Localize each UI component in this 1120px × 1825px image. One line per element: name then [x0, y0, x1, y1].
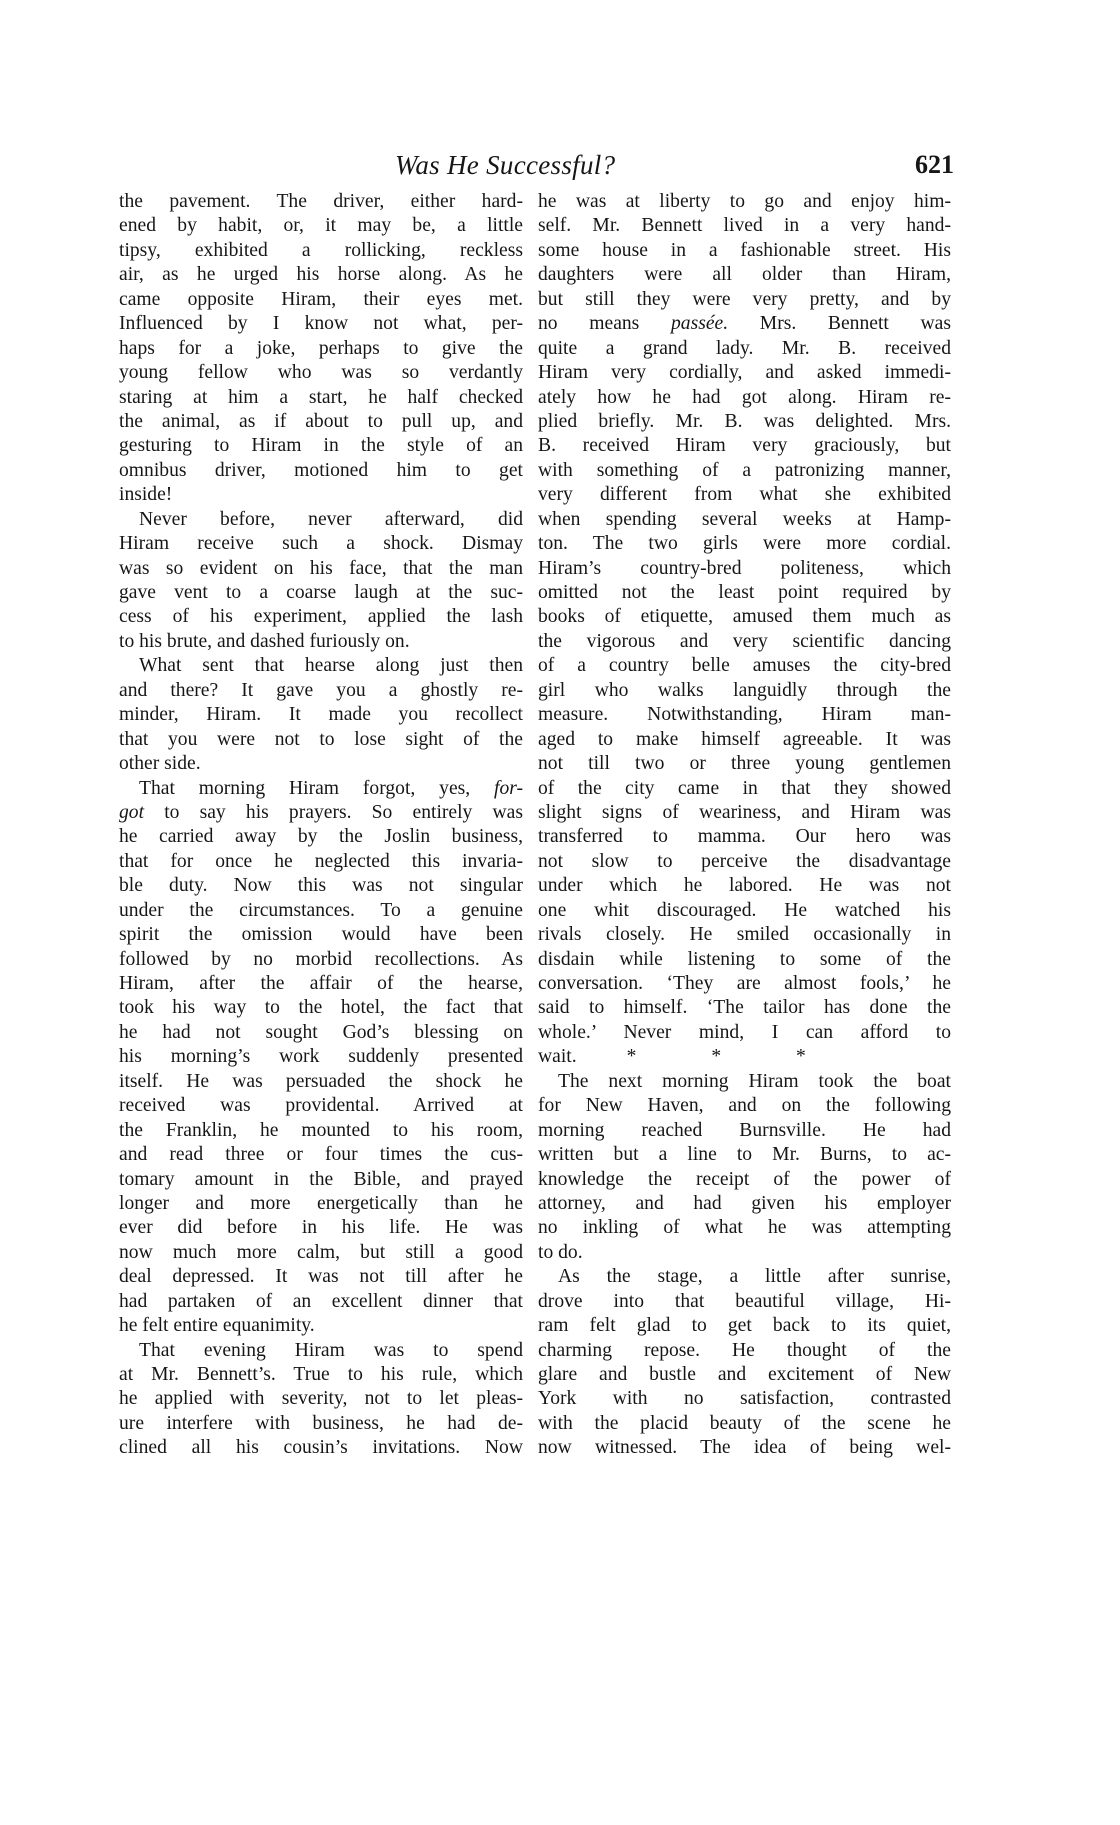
text-line: self. Mr. Bennett lived in a very hand- — [538, 214, 951, 238]
text-line: drove into that beautiful village, Hi- — [538, 1290, 951, 1314]
text-line: he was at liberty to go and enjoy him- — [538, 190, 951, 214]
text-line: Hiram, after the affair of the hearse, — [119, 972, 523, 996]
text-line: measure. Notwithstanding, Hiram man- — [538, 703, 951, 727]
text-line: he carried away by the Joslin business, — [119, 825, 523, 849]
text-line: but still they were very pretty, and by — [538, 288, 951, 312]
text-line: of a country belle amuses the city-bred — [538, 654, 951, 678]
text-line: said to himself. ‘The tailor has done th… — [538, 996, 951, 1020]
text-line: aged to make himself agreeable. It was — [538, 728, 951, 752]
text-line: he applied with severity, not to let ple… — [119, 1387, 523, 1411]
text-line: ately how he had got along. Hiram re- — [538, 386, 951, 410]
text-line: As the stage, a little after sunrise, — [538, 1265, 951, 1289]
text-line: under which he labored. He was not — [538, 874, 951, 898]
text-line: that for once he neglected this invaria- — [119, 850, 523, 874]
text-line: York with no satisfaction, contrasted — [538, 1387, 951, 1411]
text-line: under the circumstances. To a genuine — [119, 899, 523, 923]
text-line: itself. He was persuaded the shock he — [119, 1070, 523, 1094]
text-line: came opposite Hiram, their eyes met. — [119, 288, 523, 312]
text-line: B. received Hiram very graciously, but — [538, 434, 951, 458]
text-line: inside! — [119, 483, 523, 507]
text-line: quite a grand lady. Mr. B. received — [538, 337, 951, 361]
text-line: that you were not to lose sight of the — [119, 728, 523, 752]
text-line: daughters were all older than Hiram, — [538, 263, 951, 287]
text-line: when spending several weeks at Hamp- — [538, 508, 951, 532]
text-line: not till two or three young gentlemen — [538, 752, 951, 776]
text-line: gave vent to a coarse laugh at the suc- — [119, 581, 523, 605]
text-line: received was providental. Arrived at — [119, 1094, 523, 1118]
text-line: air, as he urged his horse along. As he — [119, 263, 523, 287]
text-line: for New Haven, and on the following — [538, 1094, 951, 1118]
text-line: Hiram’s country-bred politeness, which — [538, 557, 951, 581]
text-line: That morning Hiram forgot, yes, for- — [119, 777, 523, 801]
text-line: the Franklin, he mounted to his room, — [119, 1119, 523, 1143]
text-line: now much more calm, but still a good — [119, 1241, 523, 1265]
text-line: wait.* * * — [538, 1045, 951, 1069]
text-column-left: the pavement. The driver, either hard-en… — [119, 190, 523, 1461]
text-line: to his brute, and dashed furiously on. — [119, 630, 523, 654]
text-line: books of etiquette, amused them much as — [538, 605, 951, 629]
text-line: girl who walks languidly through the — [538, 679, 951, 703]
text-line: ton. The two girls were more cordial. — [538, 532, 951, 556]
text-line: ever did before in his life. He was — [119, 1216, 523, 1240]
text-line: rivals closely. He smiled occasionally i… — [538, 923, 951, 947]
text-line: no means passée. Mrs. Bennett was — [538, 312, 951, 336]
text-line: one whit discouraged. He watched his — [538, 899, 951, 923]
text-line: not slow to perceive the disadvantage — [538, 850, 951, 874]
text-line: haps for a joke, perhaps to give the — [119, 337, 523, 361]
text-line: he had not sought God’s blessing on — [119, 1021, 523, 1045]
text-line: his morning’s work suddenly presented — [119, 1045, 523, 1069]
text-line: omitted not the least point required by — [538, 581, 951, 605]
text-line: The next morning Hiram took the boat — [538, 1070, 951, 1094]
text-line: Hiram receive such a shock. Dismay — [119, 532, 523, 556]
text-line: very different from what she exhibited — [538, 483, 951, 507]
text-line: ble duty. Now this was not singular — [119, 874, 523, 898]
text-line: tomary amount in the Bible, and prayed — [119, 1168, 523, 1192]
text-column-right: he was at liberty to go and enjoy him-se… — [538, 190, 951, 1461]
text-line: That evening Hiram was to spend — [119, 1339, 523, 1363]
text-line: and read three or four times the cus- — [119, 1143, 523, 1167]
text-line: omnibus driver, motioned him to get — [119, 459, 523, 483]
italic-word: got — [119, 802, 144, 823]
text-line: conversation. ‘They are almost fools,’ h… — [538, 972, 951, 996]
text-line: some house in a fashionable street. His — [538, 239, 951, 263]
text-line: took his way to the hotel, the fact that — [119, 996, 523, 1020]
text-line: with the placid beauty of the scene he — [538, 1412, 951, 1436]
text-line: written but a line to Mr. Burns, to ac- — [538, 1143, 951, 1167]
text-line: longer and more energetically than he — [119, 1192, 523, 1216]
text-line: gesturing to Hiram in the style of an — [119, 434, 523, 458]
text-line: tipsy, exhibited a rollicking, reckless — [119, 239, 523, 263]
section-break-asterisks: * * * — [627, 1045, 806, 1069]
text-line: morning reached Burnsville. He had — [538, 1119, 951, 1143]
text-line: transferred to mamma. Our hero was — [538, 825, 951, 849]
text-line: the animal, as if about to pull up, and — [119, 410, 523, 434]
text-line: attorney, and had given his employer — [538, 1192, 951, 1216]
text-line: the vigorous and very scientific dancing — [538, 630, 951, 654]
text-line: Influenced by I know not what, per- — [119, 312, 523, 336]
text-line: glare and bustle and excitement of New — [538, 1363, 951, 1387]
text-line: ened by habit, or, it may be, a little — [119, 214, 523, 238]
text-line: at Mr. Bennett’s. True to his rule, whic… — [119, 1363, 523, 1387]
text-line: other side. — [119, 752, 523, 776]
text-line: Hiram very cordially, and asked immedi- — [538, 361, 951, 385]
text-line: knowledge the receipt of the power of — [538, 1168, 951, 1192]
text-line: clined all his cousin’s invitations. Now — [119, 1436, 523, 1460]
text-line: disdain while listening to some of the — [538, 948, 951, 972]
text-line: slight signs of weariness, and Hiram was — [538, 801, 951, 825]
italic-word: for- — [494, 778, 523, 799]
text-line: he felt entire equanimity. — [119, 1314, 523, 1338]
text-line: cess of his experiment, applied the lash — [119, 605, 523, 629]
text-line: of the city came in that they showed — [538, 777, 951, 801]
page-number: 621 — [915, 150, 954, 180]
text-line: ram felt glad to get back to its quiet, — [538, 1314, 951, 1338]
text-line: charming repose. He thought of the — [538, 1339, 951, 1363]
text-line: and there? It gave you a ghostly re- — [119, 679, 523, 703]
text-line: spirit the omission would have been — [119, 923, 523, 947]
text-line: staring at him a start, he half checked — [119, 386, 523, 410]
text-line: had partaken of an excellent dinner that — [119, 1290, 523, 1314]
italic-word: passée. — [671, 313, 728, 334]
text-line: now witnessed. The idea of being wel- — [538, 1436, 951, 1460]
text-line: was so evident on his face, that the man — [119, 557, 523, 581]
text-line: minder, Hiram. It made you recollect — [119, 703, 523, 727]
text-line: What sent that hearse along just then — [119, 654, 523, 678]
running-header: Was He Successful? 621 — [0, 150, 1120, 190]
text-line: young fellow who was so verdantly — [119, 361, 523, 385]
text-line: Never before, never afterward, did — [119, 508, 523, 532]
text-line: ure interfere with business, he had de- — [119, 1412, 523, 1436]
text-line: no inkling of what he was attempting — [538, 1216, 951, 1240]
running-title: Was He Successful? — [395, 150, 615, 181]
text-line: got to say his prayers. So entirely was — [119, 801, 523, 825]
text-line: deal depressed. It was not till after he — [119, 1265, 523, 1289]
text-line: followed by no morbid recollections. As — [119, 948, 523, 972]
text-line: the pavement. The driver, either hard- — [119, 190, 523, 214]
text-line: plied briefly. Mr. B. was delighted. Mrs… — [538, 410, 951, 434]
text-line: with something of a patronizing manner, — [538, 459, 951, 483]
text-line: whole.’ Never mind, I can afford to — [538, 1021, 951, 1045]
text-line: to do. — [538, 1241, 951, 1265]
